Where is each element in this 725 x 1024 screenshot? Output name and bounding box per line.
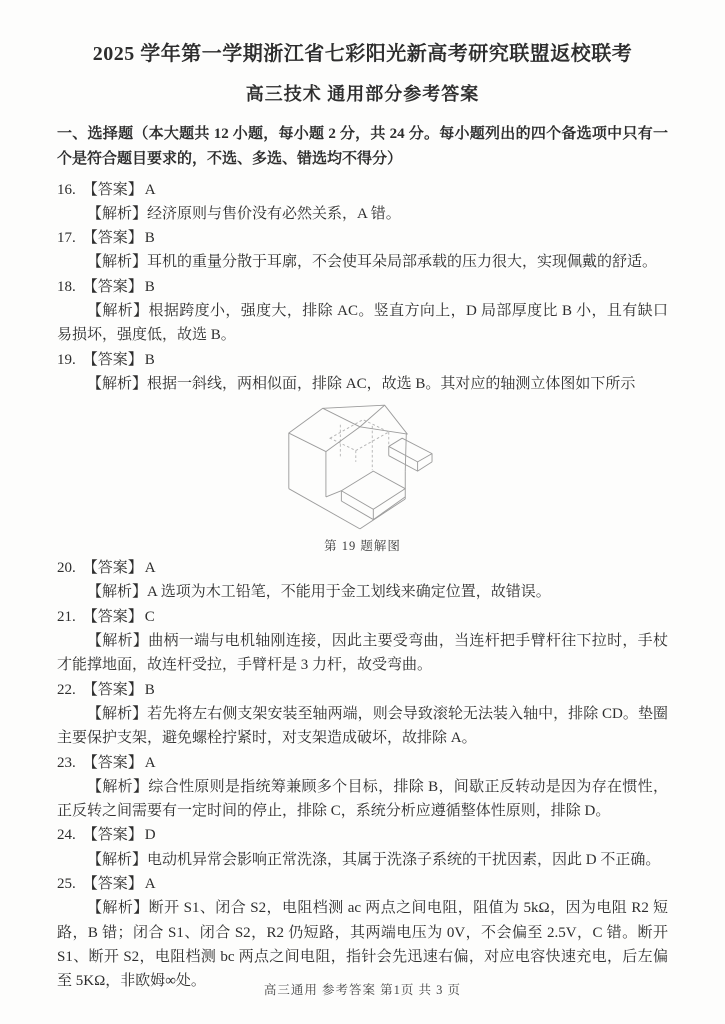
analysis-text: 断开 S1、闭合 S2，电阻档测 ac 两点之间电阻，阻值为 5kΩ，因为电阻 … <box>57 900 668 989</box>
figure-caption: 第 19 题解图 <box>57 536 668 554</box>
answer-value: A <box>145 182 156 198</box>
analysis-paragraph: 【解析】电动机异常会影响正常洗涤，其属于洗涤子系统的干扰因素，因此 D 不正确。 <box>57 848 668 872</box>
answer-value: C <box>145 609 155 625</box>
answer-label: 【答案】 <box>83 755 143 771</box>
analysis-paragraph: 【解析】耳机的重量分散于耳廓，不会使耳朵局部承载的压力很大，实现佩戴的舒适。 <box>57 250 668 274</box>
answer-list: 16.【答案】A 【解析】经济原则与售价没有必然关系，A 错。 17.【答案】B… <box>57 178 668 994</box>
analysis-paragraph: 【解析】A 选项为木工铅笔，不能用于金工划线来确定位置，故错误。 <box>57 580 668 604</box>
answer-line: 25.【答案】A <box>57 872 668 896</box>
analysis-paragraph: 【解析】断开 S1、闭合 S2，电阻档测 ac 两点之间电阻，阻值为 5kΩ，因… <box>57 896 668 993</box>
item-number: 18. <box>57 279 76 295</box>
item-number: 25. <box>57 876 76 892</box>
answer-value: B <box>145 279 155 295</box>
answer-label: 【答案】 <box>83 230 143 246</box>
analysis-label: 【解析】 <box>87 376 147 392</box>
analysis-label: 【解析】 <box>87 852 147 868</box>
analysis-label: 【解析】 <box>87 706 147 722</box>
item-number: 21. <box>57 609 76 625</box>
doc-title: 2025 学年第一学期浙江省七彩阳光新高考研究联盟返校联考 <box>57 40 668 68</box>
page-footer: 高三通用 参考答案 第1页 共 3 页 <box>0 980 725 998</box>
answer-item: 22.【答案】B 【解析】若先将左右侧支架安装至轴两端，则会导致滚轮无法装入轴中… <box>57 678 668 751</box>
analysis-label: 【解析】 <box>87 584 147 600</box>
analysis-text: A 选项为木工铅笔，不能用于金工划线来确定位置，故错误。 <box>147 584 551 600</box>
analysis-paragraph: 【解析】若先将左右侧支架安装至轴两端，则会导致滚轮无法装入轴中，排除 CD。垫圈… <box>57 702 668 751</box>
answer-value: D <box>145 827 156 843</box>
item-number: 22. <box>57 682 76 698</box>
item-number: 17. <box>57 230 76 246</box>
answer-label: 【答案】 <box>83 609 143 625</box>
analysis-text: 耳机的重量分散于耳廓，不会使耳朵局部承载的压力很大，实现佩戴的舒适。 <box>147 254 657 270</box>
answer-item: 17.【答案】B 【解析】耳机的重量分散于耳廓，不会使耳朵局部承载的压力很大，实… <box>57 226 668 275</box>
analysis-text: 综合性原则是指统筹兼顾多个目标，排除 B，间歇正反转动是因为存在惯性，正反转之间… <box>57 779 668 819</box>
analysis-paragraph: 【解析】综合性原则是指统筹兼顾多个目标，排除 B，间歇正反转动是因为存在惯性，正… <box>57 775 668 824</box>
answer-item: 23.【答案】A 【解析】综合性原则是指统筹兼顾多个目标，排除 B，间歇正反转动… <box>57 751 668 824</box>
answer-item: 20.【答案】A 【解析】A 选项为木工铅笔，不能用于金工划线来确定位置，故错误… <box>57 556 668 605</box>
answer-line: 21.【答案】C <box>57 605 668 629</box>
analysis-label: 【解析】 <box>87 206 147 222</box>
answer-item: 19.【答案】B 【解析】根据一斜线，两相似面，排除 AC，故选 B。其对应的轴… <box>57 348 668 555</box>
item-number: 23. <box>57 755 76 771</box>
analysis-text: 若先将左右侧支架安装至轴两端，则会导致滚轮无法装入轴中，排除 CD。垫圈主要保护… <box>57 706 668 746</box>
analysis-label: 【解析】 <box>87 254 147 270</box>
document-page: 2025 学年第一学期浙江省七彩阳光新高考研究联盟返校联考 高三技术 通用部分参… <box>0 0 725 1024</box>
answer-line: 24.【答案】D <box>57 823 668 847</box>
answer-line: 16.【答案】A <box>57 178 668 202</box>
answer-item: 24.【答案】D 【解析】电动机异常会影响正常洗涤，其属于洗涤子系统的干扰因素，… <box>57 823 668 872</box>
answer-line: 22.【答案】B <box>57 678 668 702</box>
analysis-text: 曲柄一端与电机轴刚连接，因此主要受弯曲，当连杆把手臂杆往下拉时，手杖才能撑地面，… <box>57 633 668 673</box>
answer-label: 【答案】 <box>83 682 143 698</box>
item-number: 19. <box>57 352 76 368</box>
answer-value: B <box>145 352 155 368</box>
answer-line: 23.【答案】A <box>57 751 668 775</box>
axonometric-figure-block: 第 19 题解图 <box>57 398 668 554</box>
answer-line: 20.【答案】A <box>57 556 668 580</box>
doc-subtitle: 高三技术 通用部分参考答案 <box>57 80 668 106</box>
analysis-text: 电动机异常会影响正常洗涤，其属于洗涤子系统的干扰因素，因此 D 不正确。 <box>147 852 660 868</box>
answer-value: A <box>145 560 156 576</box>
answer-value: A <box>145 876 156 892</box>
analysis-paragraph: 【解析】根据一斜线，两相似面，排除 AC，故选 B。其对应的轴测立体图如下所示 <box>57 372 668 396</box>
answer-item: 25.【答案】A 【解析】断开 S1、闭合 S2，电阻档测 ac 两点之间电阻，… <box>57 872 668 993</box>
answer-value: B <box>145 682 155 698</box>
answer-label: 【答案】 <box>83 827 143 843</box>
analysis-text: 根据跨度小，强度大，排除 AC。竖直方向上，D 局部厚度比 B 小，且有缺口易损… <box>57 303 668 343</box>
analysis-label: 【解析】 <box>87 303 149 319</box>
answer-label: 【答案】 <box>83 876 143 892</box>
section-intro: 一、选择题（本大题共 12 小题，每小题 2 分，共 24 分。每小题列出的四个… <box>57 122 668 172</box>
analysis-paragraph: 【解析】根据跨度小，强度大，排除 AC。竖直方向上，D 局部厚度比 B 小，且有… <box>57 299 668 348</box>
analysis-label: 【解析】 <box>87 900 149 916</box>
answer-line: 17.【答案】B <box>57 226 668 250</box>
item-number: 16. <box>57 182 76 198</box>
answer-item: 16.【答案】A 【解析】经济原则与售价没有必然关系，A 错。 <box>57 178 668 227</box>
answer-value: B <box>145 230 155 246</box>
answer-label: 【答案】 <box>83 182 143 198</box>
answer-item: 21.【答案】C 【解析】曲柄一端与电机轴刚连接，因此主要受弯曲，当连杆把手臂杆… <box>57 605 668 678</box>
analysis-paragraph: 【解析】经济原则与售价没有必然关系，A 错。 <box>57 202 668 226</box>
answer-value: A <box>145 755 156 771</box>
answer-item: 18.【答案】B 【解析】根据跨度小，强度大，排除 AC。竖直方向上，D 局部厚… <box>57 275 668 348</box>
analysis-paragraph: 【解析】曲柄一端与电机轴刚连接，因此主要受弯曲，当连杆把手臂杆往下拉时，手杖才能… <box>57 629 668 678</box>
answer-line: 18.【答案】B <box>57 275 668 299</box>
axonometric-figure <box>279 398 447 534</box>
analysis-label: 【解析】 <box>87 779 148 795</box>
answer-label: 【答案】 <box>83 560 143 576</box>
answer-label: 【答案】 <box>83 352 143 368</box>
analysis-text: 根据一斜线，两相似面，排除 AC，故选 B。其对应的轴测立体图如下所示 <box>147 376 635 392</box>
answer-label: 【答案】 <box>83 279 143 295</box>
answer-line: 19.【答案】B <box>57 348 668 372</box>
item-number: 20. <box>57 560 76 576</box>
item-number: 24. <box>57 827 76 843</box>
analysis-label: 【解析】 <box>87 633 148 649</box>
analysis-text: 经济原则与售价没有必然关系，A 错。 <box>147 206 401 222</box>
